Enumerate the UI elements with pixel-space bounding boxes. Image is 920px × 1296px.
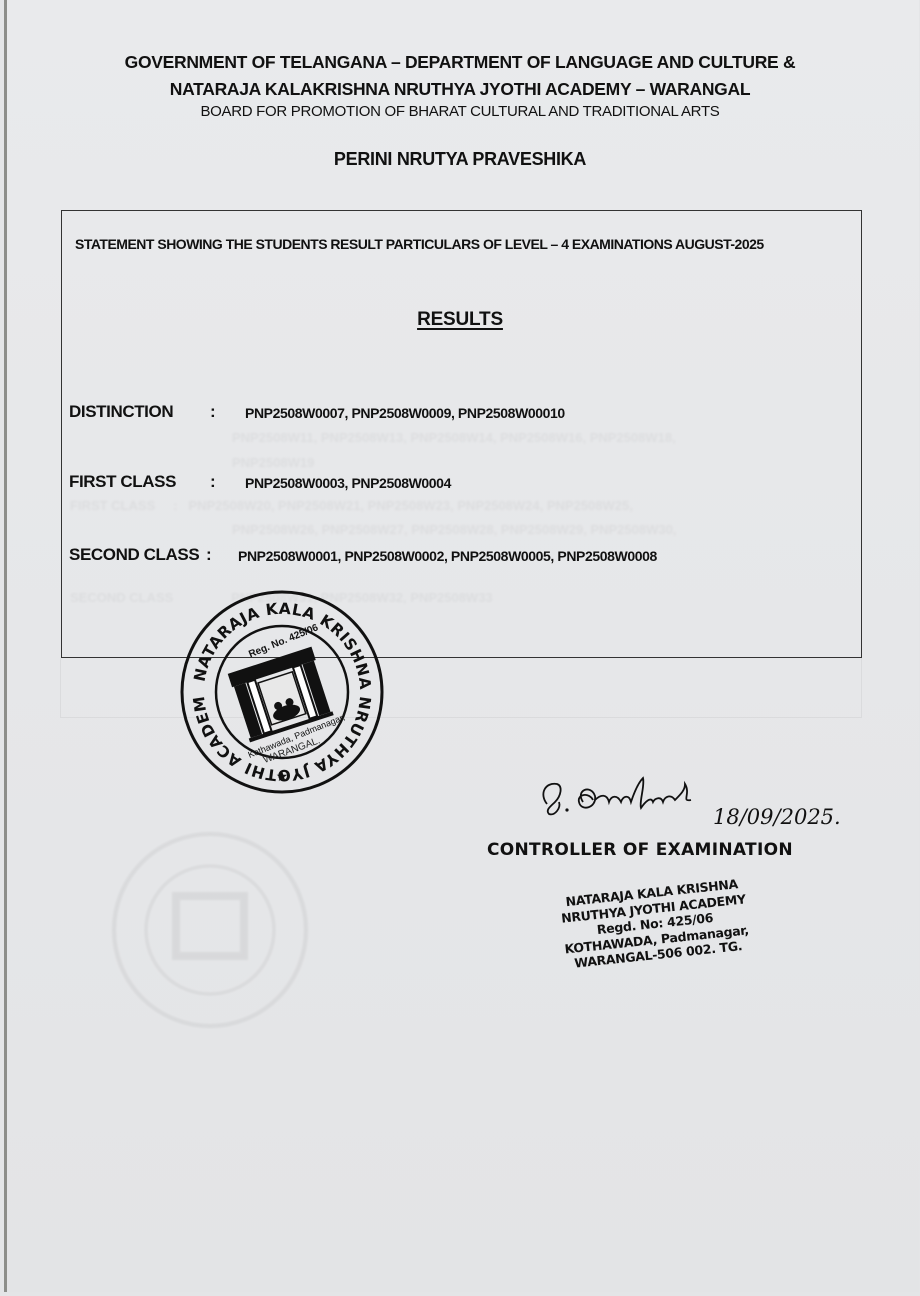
statement-heading: STATEMENT SHOWING THE STUDENTS RESULT PA… (75, 236, 855, 252)
result-row-second-class: SECOND CLASS : PNP2508W0001, PNP2508W000… (69, 545, 199, 565)
header-government-line: GOVERNMENT OF TELANGANA – DEPARTMENT OF … (0, 52, 920, 73)
result-ids: PNP2508W0003, PNP2508W0004 (245, 475, 451, 491)
result-label: SECOND CLASS (69, 545, 199, 565)
show-through-text: PNP2508W19 (232, 455, 314, 470)
result-colon: : (206, 545, 212, 565)
show-through-seal-icon (110, 830, 310, 1030)
result-ids: PNP2508W0001, PNP2508W0002, PNP2508W0005… (238, 548, 657, 564)
signature-date: 18/09/2025. (713, 805, 841, 829)
signature-icon: 18/09/2025. (535, 772, 875, 842)
result-row-first-class: FIRST CLASS : PNP2508W0003, PNP2508W0004 (69, 472, 176, 492)
header-board-line: BOARD FOR PROMOTION OF BHARAT CULTURAL A… (0, 103, 920, 120)
header-academy-line: NATARAJA KALAKRISHNA NRUTHYA JYOTHI ACAD… (0, 79, 920, 100)
result-colon: : (210, 402, 216, 422)
show-through-text: PNP2508W26, PNP2508W27, PNP2508W28, PNP2… (232, 522, 676, 537)
results-title: RESULTS (417, 309, 503, 330)
result-ids: PNP2508W0007, PNP2508W0009, PNP2508W0001… (245, 405, 565, 421)
course-title: PERINI NRUTYA PRAVESHIKA (0, 149, 920, 170)
svg-text:★: ★ (276, 768, 289, 784)
academy-seal-icon: NATARAJA KALA KRISHNA NRUTHYA JYOTHI ACA… (178, 588, 386, 796)
result-label: DISTINCTION (69, 402, 173, 422)
results-heading: RESULTS (0, 309, 920, 331)
show-through-text: PNP2508W11, PNP2508W13, PNP2508W14, PNP2… (232, 430, 676, 445)
show-through-text: FIRST CLASS : PNP2508W20, PNP2508W21, PN… (70, 498, 633, 513)
controller-title: CONTROLLER OF EXAMINATION (487, 840, 793, 860)
result-row-distinction: DISTINCTION : PNP2508W0007, PNP2508W0009… (69, 402, 173, 422)
result-colon: : (210, 472, 216, 492)
result-label: FIRST CLASS (69, 472, 176, 492)
